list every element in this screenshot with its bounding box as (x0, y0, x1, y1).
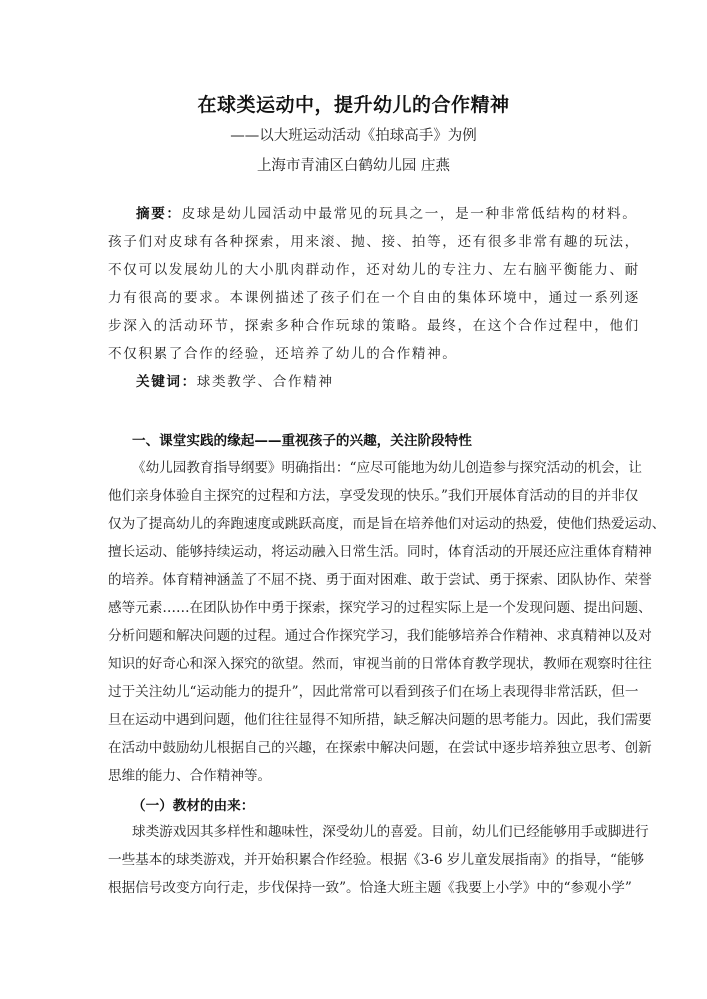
body-line: 他们亲身体验自主探究的过程和方法，享受发现的快乐。”我们开展体育活动的目的并非仅 (108, 486, 606, 506)
body-line: 擅长运动、能够持续运动，将运动融入日常生活。同时，体育活动的开展还应注重体育精神 (108, 542, 606, 562)
body-line: 在活动中鼓励幼儿根据自己的兴趣，在探索中解决问题，在尝试中逐步培养独立思考、创新 (108, 738, 606, 758)
body-line: 的培养。体育精神涵盖了不屈不挠、勇于面对困难、敢于尝试、勇于探索、团队协作、荣誉 (108, 570, 606, 590)
abstract-line: 力有很高的要求。本课例描述了孩子们在一个自由的集体环境中，通过一系列逐 (108, 288, 606, 308)
document-subtitle: ——以大班运动活动《拍球高手》为例 (0, 124, 707, 145)
abstract-line: 不仅积累了合作的经验，还培养了幼儿的合作精神。 (108, 344, 606, 364)
keywords-label: 关键词： (136, 374, 197, 390)
body-line: 分析问题和解决问题的过程。通过合作探究学习，我们能够培养合作精神、求真精神以及对 (108, 626, 606, 646)
body-line: 一些基本的球类游戏，并开始积累合作经验。根据《3-6 岁儿童发展指南》的指导，“… (108, 850, 606, 870)
body-line: 仅为了提高幼儿的奔跑速度或跳跃高度，而是旨在培养他们对运动的热爱，使他们热爱运动… (108, 514, 606, 534)
abstract-line: 摘要：皮球是幼儿园活动中最常见的玩具之一，是一种非常低结构的材料。 (136, 204, 606, 224)
document-page: 在球类运动中，提升幼儿的合作精神 ——以大班运动活动《拍球高手》为例 上海市青浦… (0, 0, 707, 999)
subsection-heading: （一）教材的由来： (132, 794, 254, 814)
body-line: 旦在运动中遇到问题，他们往往显得不知所措，缺乏解决问题的思考能力。因此，我们需要 (108, 710, 606, 730)
keywords-line: 关键词：球类教学、合作精神 (136, 372, 606, 392)
abstract-line: 孩子们对皮球有各种探索，用来滚、抛、接、拍等，还有很多非常有趣的玩法， (108, 232, 606, 252)
body-line: 过于关注幼儿“运动能力的提升”，因此常常可以看到孩子们在场上表现得非常活跃，但一 (108, 682, 606, 702)
document-title: 在球类运动中，提升幼儿的合作精神 (0, 90, 707, 117)
body-line: 思维的能力、合作精神等。 (108, 766, 606, 786)
abstract-line: 步深入的活动环节，探索多种合作玩球的策略。最终，在这个合作过程中，他们 (108, 316, 606, 336)
body-line: 根据信号改变方向行走，步伐保持一致”。恰逢大班主题《我要上小学》中的“参观小学” (108, 878, 606, 898)
keywords-value: 球类教学、合作精神 (197, 374, 334, 390)
abstract-line: 不仅可以发展幼儿的大小肌肉群动作，还对幼儿的专注力、左右脑平衡能力、耐 (108, 260, 606, 280)
body-line: 球类游戏因其多样性和趣味性，深受幼儿的喜爱。目前，幼儿们已经能够用手或脚进行 (132, 822, 606, 842)
author-line: 上海市青浦区白鹤幼儿园 庄燕 (0, 154, 707, 175)
body-line: 《幼儿园教育指导纲要》明确指出：“应尽可能地为幼儿创造参与探究活动的机会，让 (132, 458, 606, 478)
abstract-label: 摘要： (136, 206, 182, 222)
body-line: 知识的好奇心和深入探究的欲望。然而，审视当前的日常体育教学现状，教师在观察时往往 (108, 654, 606, 674)
section-heading: 一、课堂实践的缘起——重视孩子的兴趣，关注阶段特性 (132, 429, 472, 449)
body-line: 感等元素……在团队协作中勇于探索，探究学习的过程实际上是一个发现问题、提出问题、 (108, 598, 606, 618)
